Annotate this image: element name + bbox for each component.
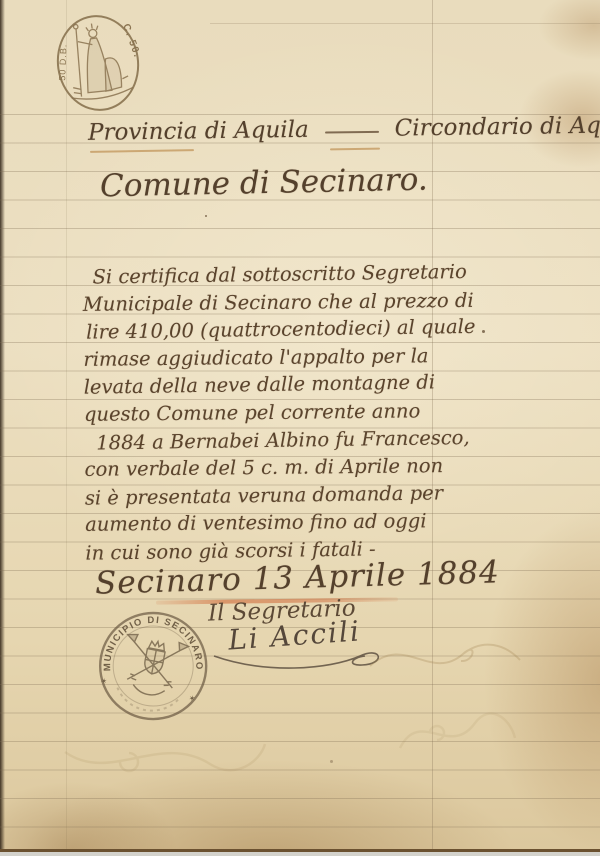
document-page: 50 D.B. C. 50. Provincia di Aquila Circo… [0,0,600,852]
body-line: aumento di ventesimo fino ad oggi [85,507,445,538]
savoy-coat-of-arms-icon [117,633,189,701]
seal-bottom-arc [114,688,178,716]
commune-title: Comune di Secinaro. [100,162,428,205]
district-underline [330,148,380,151]
district-label: Circondario di Aquila [395,112,600,141]
certificate-body: Si certifica dal sottoscritto Segretario… [82,259,445,566]
body-line: lire 410,00 (quattrocentodieci) al quale [83,314,443,347]
signature-flourish-icon [210,634,395,676]
body-line: questo Comune pel corrente anno [84,397,444,428]
revenue-stamp-left-text: 50 D.B. [57,43,68,80]
seal-ornament-right: ✶ [188,693,196,703]
body-line: levata della neve dalle montagne di [84,369,444,402]
body-line: si è presentata veruna domanda per [85,479,445,512]
body-line: 1884 a Bernabei Albino fu Francesco, [84,424,444,457]
paper-flourish-icon [390,688,520,768]
ink-speck [482,330,485,333]
body-line: con verbale del 5 c. m. di Aprile non [84,452,444,483]
ruled-line-top [210,23,600,24]
header-line: Provincia di Aquila Circondario di Aquil… [88,112,600,146]
seal-arc-text: MUNICIPIO DI SECINARO [100,606,213,690]
body-line: Si certifica dal sottoscritto Segretario [82,258,442,291]
ink-speck [330,760,333,763]
province-label: Provincia di Aquila [88,117,309,146]
province-underline [90,149,194,153]
svg-text:MUNICIPIO DI SECINARO: MUNICIPIO DI SECINARO [100,606,213,690]
separator-dash [325,131,379,134]
revenue-stamp-value-text: C. 50. [120,22,143,59]
paper-flourish-icon [60,722,270,792]
seal-ornament-left: ✶ [100,676,108,686]
ink-speck [205,215,207,217]
municipal-seal-icon: MUNICIPIO DI SECINARO ✶ ✶ [74,594,233,740]
fold-line [66,0,67,849]
revenue-stamp-icon: 50 D.B. C. 50. [43,4,153,122]
